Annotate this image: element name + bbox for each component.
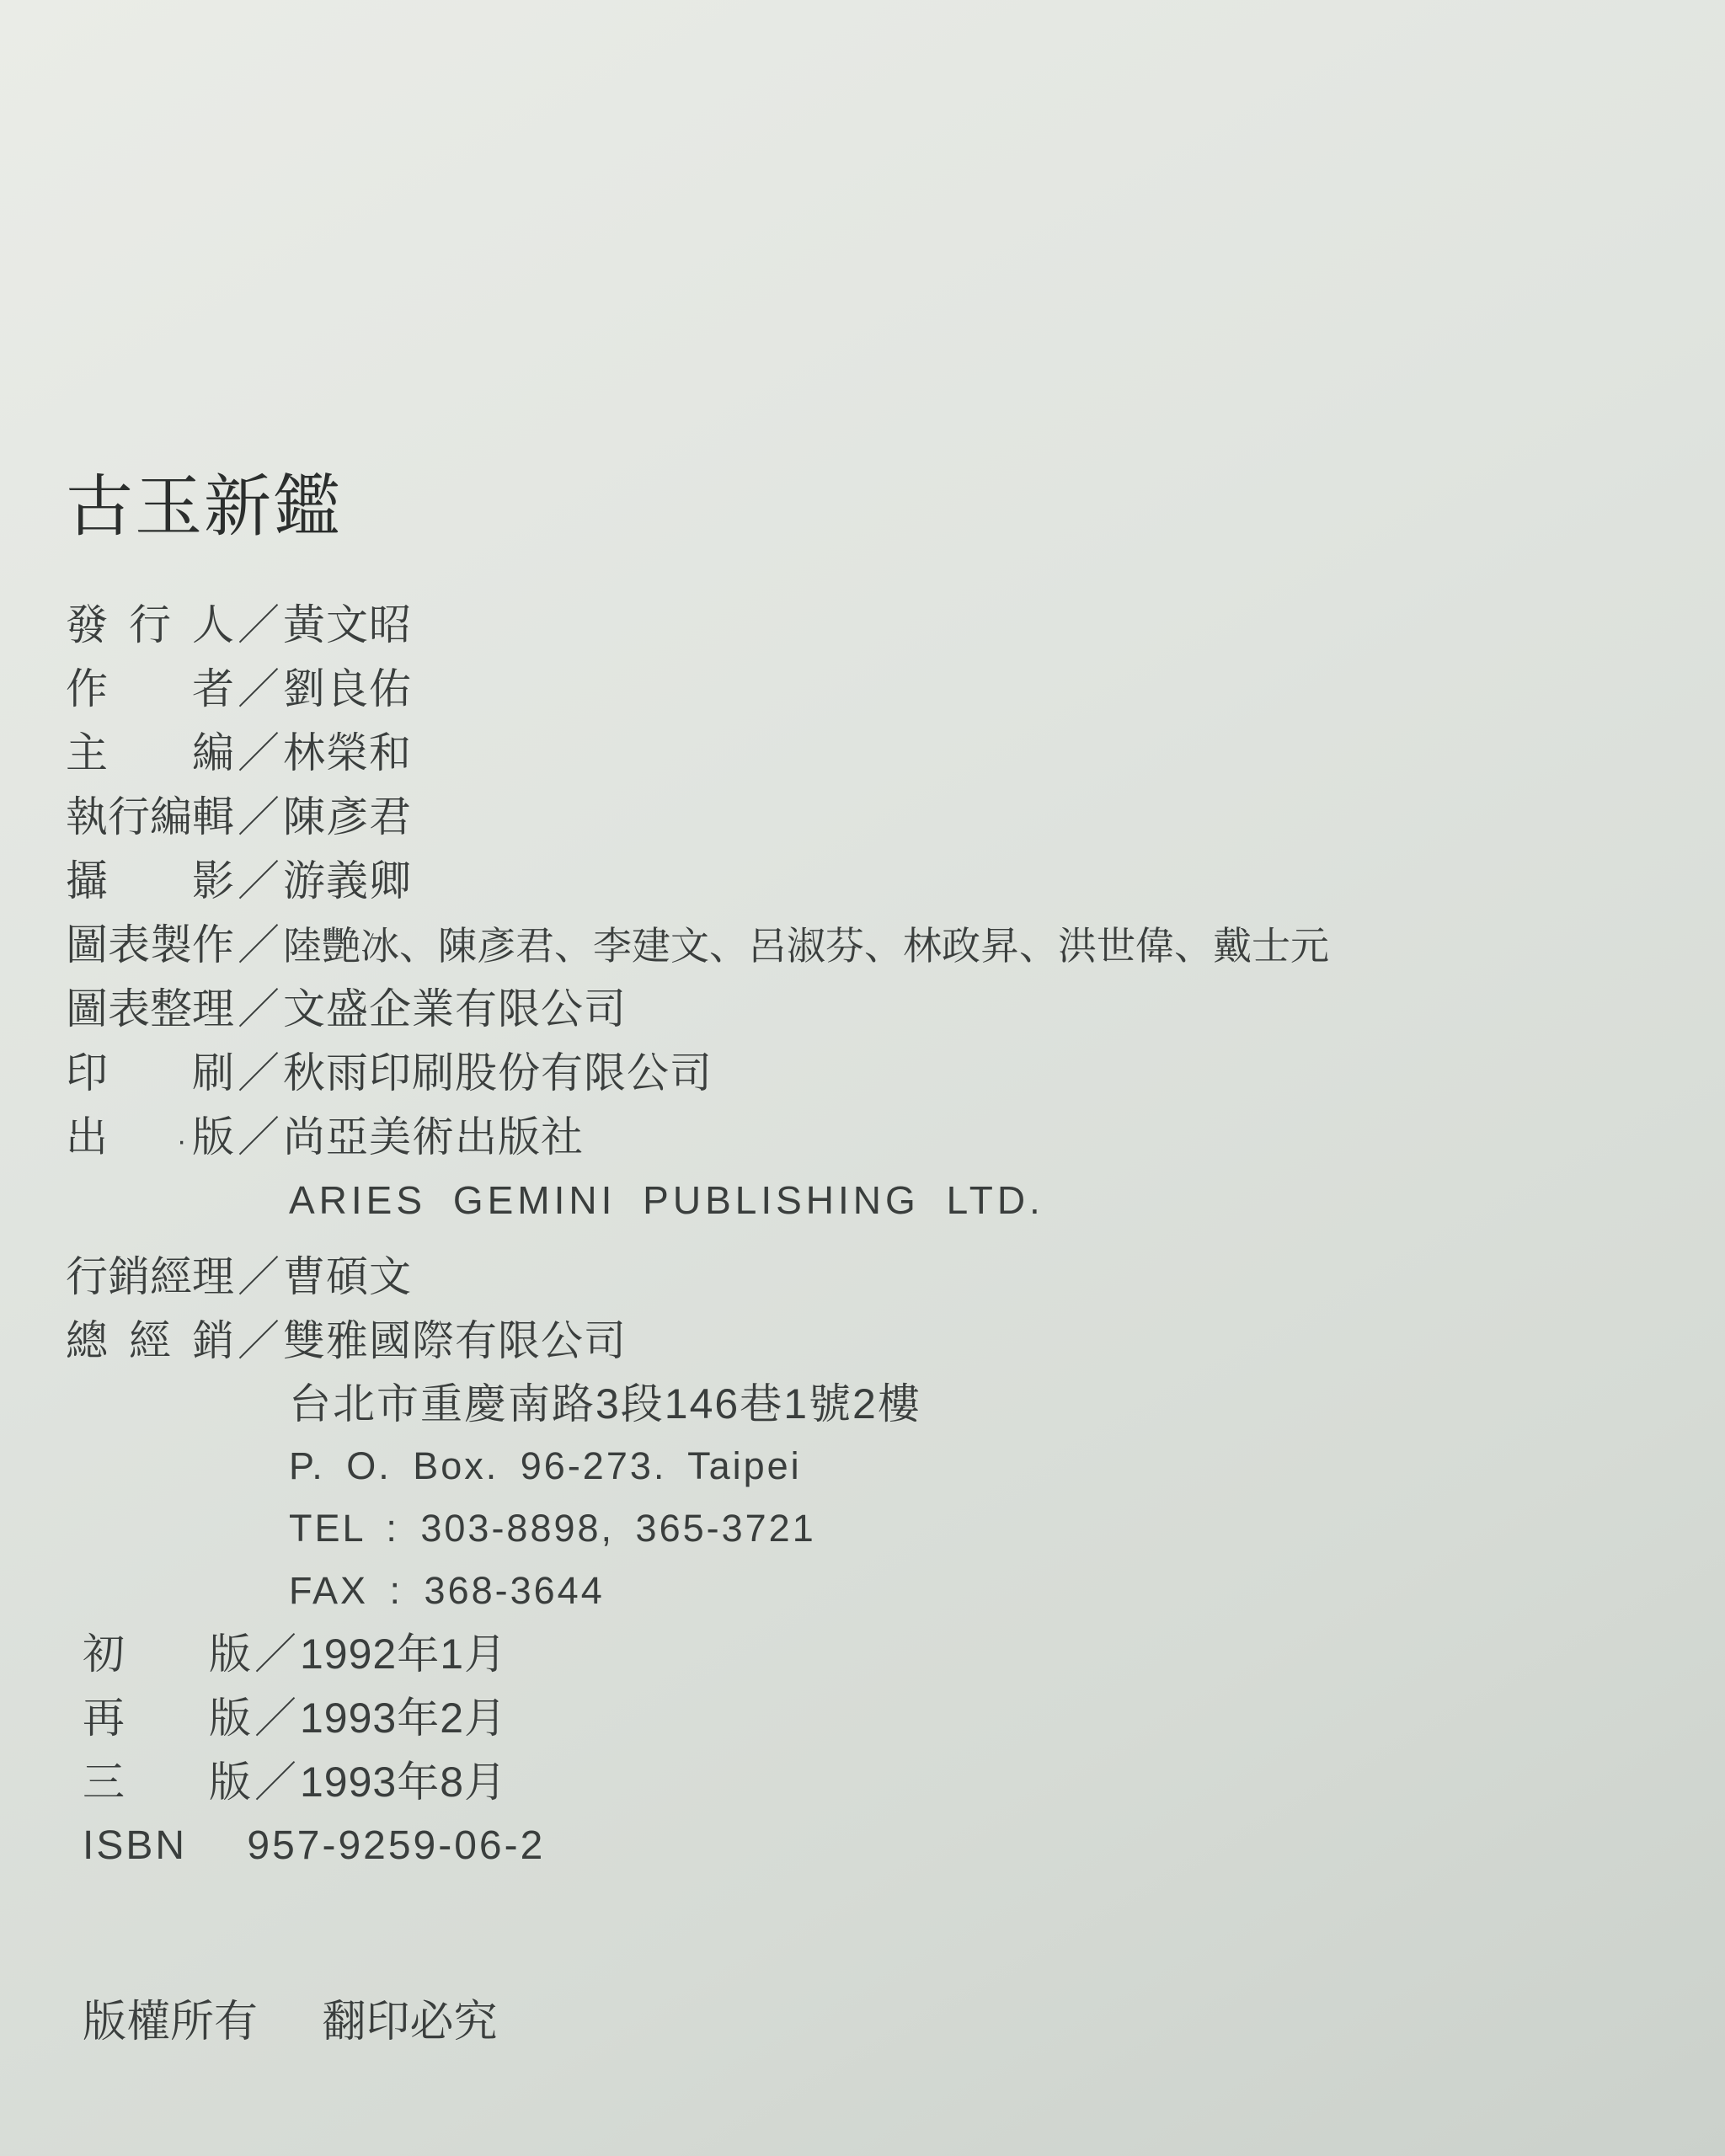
row-executive-editor: 執行編輯 ／ 陳彥君 (66, 785, 1683, 849)
row-separator: ／ (234, 913, 283, 977)
isbn-row: ISBN 957-9259-06-2 (83, 1814, 1683, 1878)
row-label: 再版 (83, 1686, 251, 1750)
row-separator: ／ (251, 1750, 300, 1814)
row-value: 黃文昭 (283, 593, 412, 657)
row-value: 1993年8月 (300, 1750, 507, 1814)
row-general-distributor: 總經銷 ／ 雙雅國際有限公司 (66, 1309, 1683, 1373)
row-value: 陳彥君 (283, 785, 412, 849)
row-separator: ／ (234, 657, 283, 721)
row-label: 行銷經理 (66, 1245, 234, 1309)
row-separator: ／ (234, 785, 283, 849)
row-separator: ／ (251, 1686, 300, 1750)
row-value: 1993年2月 (300, 1686, 507, 1750)
row-chief-editor: 主編 ／ 林榮和 (66, 721, 1683, 785)
row-label: 圖表整理 (66, 977, 234, 1041)
copyright-left: 版權所有 (83, 1998, 258, 2047)
row-value: 文盛企業有限公司 (283, 977, 627, 1041)
row-second-edition: 再版 ／ 1993年2月 (83, 1686, 1683, 1750)
row-value: 陸艷冰、陳彥君、李建文、呂淑芬、林政昇、洪世偉、戴士元 (283, 914, 1329, 978)
row-label: 總經銷 (66, 1309, 234, 1373)
credit-rows: 發行人 ／ 黃文昭 作者 ／ 劉良佑 主編 ／ 林榮和 執行編輯 ／ 陳彥君 攝… (66, 593, 1683, 1169)
row-label: 作者 (66, 657, 234, 721)
copyright-right: 翻印必究 (322, 1998, 497, 2047)
address-street: 台北市重慶南路3段146巷1號2樓 (289, 1373, 1683, 1435)
row-publisher-person: 發行人 ／ 黃文昭 (66, 593, 1683, 657)
row-value: 尚亞美術出版社 (283, 1105, 584, 1169)
copyright-notice: 版權所有 翻印必究 (83, 1986, 1683, 2049)
publisher-en: ARIES GEMINI PUBLISHING LTD. (289, 1177, 1683, 1223)
row-photography: 攝影 ／ 游義卿 (66, 849, 1683, 913)
isbn-value: 957-9259-06-2 (247, 1823, 545, 1868)
row-label: 主編 (66, 721, 234, 785)
row-separator: ／ (251, 1622, 300, 1686)
row-separator: ／ (234, 1041, 283, 1105)
row-value: 游義卿 (283, 849, 412, 913)
row-value: 秋雨印刷股份有限公司 (283, 1041, 713, 1105)
address-tel: TEL : 303-8898, 365-3721 (289, 1497, 1683, 1560)
row-label: 攝影 (66, 849, 234, 913)
row-separator: ／ (234, 977, 283, 1041)
colophon: 古玉新鑑 發行人 ／ 黃文昭 作者 ／ 劉良佑 主編 ／ 林榮和 執行編輯 ／ … (66, 473, 1683, 2049)
row-separator: ／ (234, 1105, 283, 1169)
row-label: 出版 (66, 1105, 234, 1169)
row-separator: ／ (234, 593, 283, 657)
row-author: 作者 ／ 劉良佑 (66, 657, 1683, 721)
row-value: 劉良佑 (283, 657, 412, 721)
row-separator: ／ (234, 1245, 283, 1309)
row-value: 曹碩文 (283, 1245, 412, 1309)
row-publishing-house: 出版 · ／ 尚亞美術出版社 (66, 1105, 1683, 1169)
row-chart-arrangement: 圖表整理 ／ 文盛企業有限公司 (66, 977, 1683, 1041)
edition-block: 初版 ／ 1992年1月 再版 ／ 1993年2月 三版 ／ 1993年8月 I… (83, 1622, 1683, 2049)
row-label: 初版 (83, 1622, 251, 1686)
row-label: 圖表製作 (66, 913, 234, 977)
row-separator: ／ (234, 1309, 283, 1373)
isbn-label: ISBN (83, 1823, 187, 1868)
address-fax: FAX : 368-3644 (289, 1560, 1683, 1622)
book-title: 古玉新鑑 (66, 473, 1683, 541)
row-value: 林榮和 (283, 721, 412, 785)
row-marketing-manager: 行銷經理 ／ 曹碩文 (66, 1245, 1683, 1309)
colophon-page: 古玉新鑑 發行人 ／ 黃文昭 作者 ／ 劉良佑 主編 ／ 林榮和 執行編輯 ／ … (0, 0, 1725, 2156)
row-chart-production: 圖表製作 ／ 陸艷冰、陳彥君、李建文、呂淑芬、林政昇、洪世偉、戴士元 (66, 913, 1683, 977)
marketing-rows: 行銷經理 ／ 曹碩文 總經銷 ／ 雙雅國際有限公司 (66, 1245, 1683, 1373)
row-label: 三版 (83, 1750, 251, 1814)
row-label: 印刷 (66, 1041, 234, 1105)
stray-dot: · (177, 1127, 186, 1155)
address-block: 台北市重慶南路3段146巷1號2樓 P. O. Box. 96-273. Tai… (289, 1373, 1683, 1622)
row-first-edition: 初版 ／ 1992年1月 (83, 1622, 1683, 1686)
row-value: 1992年1月 (300, 1622, 507, 1686)
row-label: 執行編輯 (66, 785, 234, 849)
row-value: 雙雅國際有限公司 (283, 1309, 627, 1373)
row-separator: ／ (234, 721, 283, 785)
row-label: 發行人 (66, 593, 234, 657)
address-pobox: P. O. Box. 96-273. Taipei (289, 1435, 1683, 1497)
row-printing: 印刷 ／ 秋雨印刷股份有限公司 (66, 1041, 1683, 1105)
row-third-edition: 三版 ／ 1993年8月 (83, 1750, 1683, 1814)
row-separator: ／ (234, 849, 283, 913)
